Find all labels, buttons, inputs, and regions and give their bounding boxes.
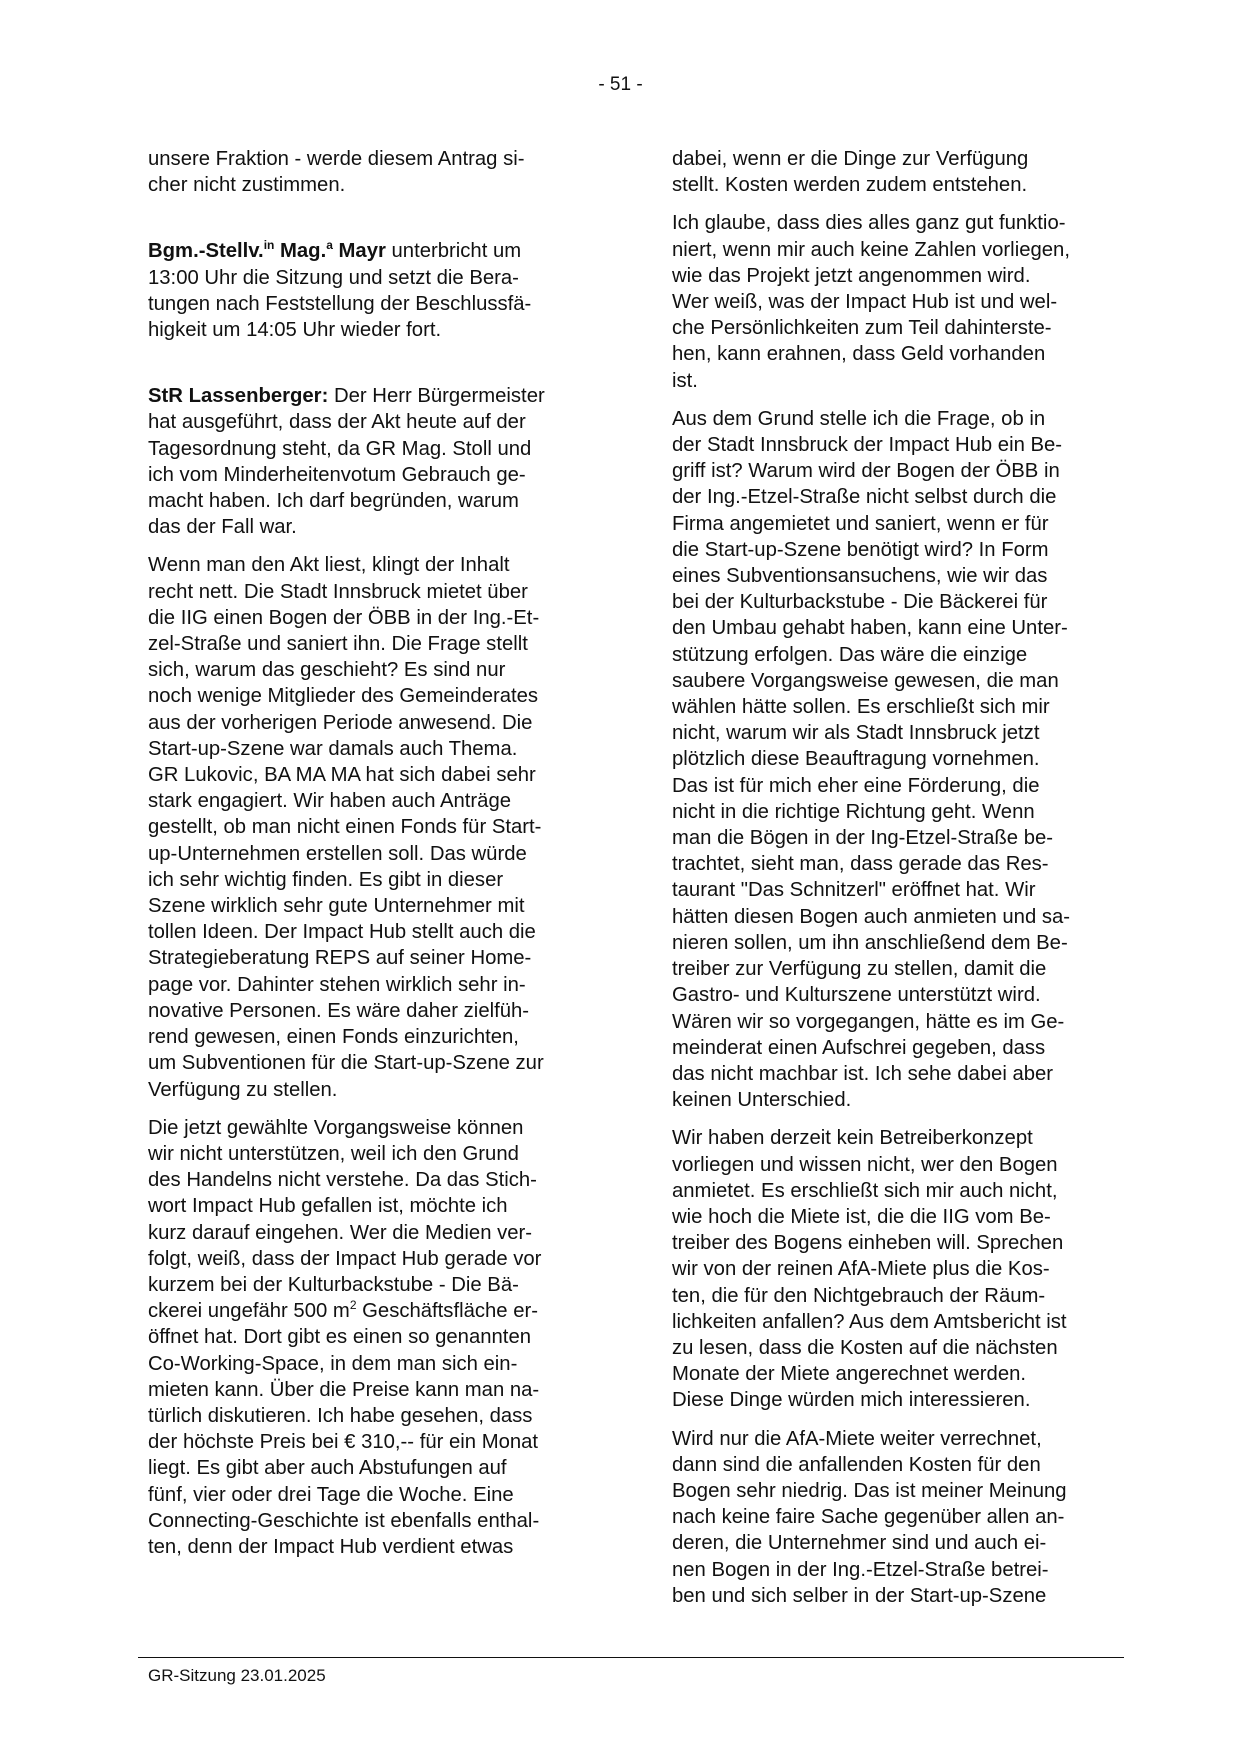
text-line: treiber des Bogens einheben will. Sprech… [672, 1230, 1127, 1256]
text-line: dann sind die anfallenden Kosten für den [672, 1452, 1127, 1478]
text-fragment: unterbricht um [386, 240, 521, 262]
text-line: nicht in die richtige Richtung geht. Wen… [672, 799, 1127, 825]
text-line: taurant "Das Schnitzerl" eröffnet hat. W… [672, 877, 1127, 903]
text-line: Die jetzt gewählte Vorgangsweise können [148, 1115, 603, 1141]
text-line: aus der vorherigen Periode anwesend. Die [148, 710, 603, 736]
text-line: Wir haben derzeit kein Betreiberkonzept [672, 1125, 1127, 1151]
text-line: macht haben. Ich darf begründen, warum [148, 488, 603, 514]
text-line: ben und sich selber in der Start-up-Szen… [672, 1583, 1127, 1609]
text-line: stützung erfolgen. Das wäre die einzige [672, 642, 1127, 668]
text-line: unsere Fraktion - werde diesem Antrag si… [148, 146, 603, 172]
text-line: Ich glaube, dass dies alles ganz gut fun… [672, 210, 1127, 236]
text-line: wir nicht unterstützen, weil ich den Gru… [148, 1141, 603, 1167]
text-line: das der Fall war. [148, 514, 603, 540]
text-line: ten, die für den Nichtgebrauch der Räum- [672, 1283, 1127, 1309]
text-line: Das ist für mich eher eine Förderung, di… [672, 773, 1127, 799]
text-line: dabei, wenn er die Dinge zur Verfügung [672, 146, 1127, 172]
text-fragment: Geschäftsfläche er- [357, 1300, 538, 1322]
text-line: tollen Ideen. Der Impact Hub stellt auch… [148, 919, 603, 945]
text-line: der Ing.-Etzel-Straße nicht selbst durch… [672, 484, 1127, 510]
text-line: die Start-up-Szene benötigt wird? In For… [672, 537, 1127, 563]
text-line: ich sehr wichtig finden. Es gibt in dies… [148, 867, 603, 893]
text-line: gestellt, ob man nicht einen Fonds für S… [148, 814, 603, 840]
paragraph-continuation: dabei, wenn er die Dinge zur Verfügung s… [672, 146, 1127, 198]
text-line: anmietet. Es erschließt sich mir auch ni… [672, 1178, 1127, 1204]
text-line: nen Bogen in der Ing.-Etzel-Straße betre… [672, 1557, 1127, 1583]
text-line: meinderat einen Aufschrei gegeben, dass [672, 1035, 1127, 1061]
text-line: Firma angemietet und saniert, wenn er fü… [672, 511, 1127, 537]
superscript: a [326, 239, 333, 253]
paragraph: Die jetzt gewählte Vorgangsweise können … [148, 1115, 603, 1560]
text-line: 13:00 Uhr die Sitzung und setzt die Bera… [148, 265, 603, 291]
text-line: ten, denn der Impact Hub verdient etwas [148, 1534, 603, 1560]
text-line: Wenn man den Akt liest, klingt der Inhal… [148, 552, 603, 578]
text-line: folgt, weiß, dass der Impact Hub gerade … [148, 1246, 603, 1272]
text-line: trachtet, sieht man, dass gerade das Res… [672, 851, 1127, 877]
paragraph-speech-start: StR Lassenberger: Der Herr Bürgermeister… [148, 383, 603, 540]
text-line: GR Lukovic, BA MA MA hat sich dabei sehr [148, 762, 603, 788]
text-line: Aus dem Grund stelle ich die Frage, ob i… [672, 406, 1127, 432]
superscript: in [264, 239, 275, 253]
page-number: - 51 - [0, 73, 1241, 97]
paragraph-session-interruption: Bgm.-Stellv.in Mag.a Mayr unterbricht um… [148, 238, 603, 343]
text-line: ist. [672, 368, 1127, 394]
right-column: dabei, wenn er die Dinge zur Verfügung s… [672, 146, 1127, 1621]
text-line: vorliegen und wissen nicht, wer den Boge… [672, 1152, 1127, 1178]
text-line: den Umbau gehabt haben, kann eine Unter- [672, 615, 1127, 641]
text-line: hätten diesen Bogen auch anmieten und sa… [672, 904, 1127, 930]
text-line: page vor. Dahinter stehen wirklich sehr … [148, 972, 603, 998]
speaker-title: Bgm.-Stellv. [148, 240, 264, 262]
text-line: novative Personen. Es wäre daher zielfüh… [148, 998, 603, 1024]
text-line: rend gewesen, einen Fonds einzurichten, [148, 1024, 603, 1050]
text-line: zu lesen, dass die Kosten auf die nächst… [672, 1335, 1127, 1361]
text-line: Wären wir so vorgegangen, hätte es im Ge… [672, 1009, 1127, 1035]
text-line: deren, die Unternehmer sind und auch ei- [672, 1530, 1127, 1556]
text-line: das nicht machbar ist. Ich sehe dabei ab… [672, 1061, 1127, 1087]
text-line: Szene wirklich sehr gute Unternehmer mit [148, 893, 603, 919]
text-fragment: ckerei ungefähr 500 m [148, 1300, 350, 1322]
text-line: Tagesordnung steht, da GR Mag. Stoll und [148, 436, 603, 462]
text-line: recht nett. Die Stadt Innsbruck mietet ü… [148, 579, 603, 605]
speaker-surname: Mayr [333, 240, 386, 262]
text-line: keinen Unterschied. [672, 1087, 1127, 1113]
text-line: hat ausgeführt, dass der Akt heute auf d… [148, 409, 603, 435]
text-line: higkeit um 14:05 Uhr wieder fort. [148, 317, 603, 343]
text-line: cher nicht zustimmen. [148, 172, 603, 198]
text-line: nach keine faire Sache gegenüber allen a… [672, 1504, 1127, 1530]
paragraph-continuation: unsere Fraktion - werde diesem Antrag si… [148, 146, 603, 198]
paragraph: Wenn man den Akt liest, klingt der Inhal… [148, 552, 603, 1102]
left-column: unsere Fraktion - werde diesem Antrag si… [148, 146, 603, 1572]
text-line: wählen hätte sollen. Es erschließt sich … [672, 694, 1127, 720]
text-line: nicht, warum wir als Stadt Innsbruck jet… [672, 720, 1127, 746]
paragraph: Aus dem Grund stelle ich die Frage, ob i… [672, 406, 1127, 1113]
text-line: saubere Vorgangsweise gewesen, die man [672, 668, 1127, 694]
text-line: ckerei ungefähr 500 m2 Geschäftsfläche e… [148, 1298, 603, 1324]
speaker-name: StR Lassenberger: [148, 385, 328, 407]
text-line: türlich diskutieren. Ich habe gesehen, d… [148, 1403, 603, 1429]
text-line: eines Subventionsansuchens, wie wir das [672, 563, 1127, 589]
text-line: des Handelns nicht verstehe. Da das Stic… [148, 1167, 603, 1193]
text-line: treiber zur Verfügung zu stellen, damit … [672, 956, 1127, 982]
text-line: niert, wenn mir auch keine Zahlen vorlie… [672, 237, 1127, 263]
paragraph: Ich glaube, dass dies alles ganz gut fun… [672, 210, 1127, 393]
text-line: Wird nur die AfA-Miete weiter verrechnet… [672, 1426, 1127, 1452]
text-line: bei der Kulturbackstube - Die Bäckerei f… [672, 589, 1127, 615]
text-line: Verfügung zu stellen. [148, 1077, 603, 1103]
speaker-name: Bgm.-Stellv.in Mag.a Mayr [148, 240, 386, 262]
text-line: der Stadt Innsbruck der Impact Hub ein B… [672, 432, 1127, 458]
paragraph: Wird nur die AfA-Miete weiter verrechnet… [672, 1426, 1127, 1609]
text-line: Bgm.-Stellv.in Mag.a Mayr unterbricht um [148, 238, 603, 264]
text-line: sich, warum das geschieht? Es sind nur [148, 657, 603, 683]
text-line: plötzlich diese Beauftragung vornehmen. [672, 746, 1127, 772]
text-line: fünf, vier oder drei Tage die Woche. Ein… [148, 1482, 603, 1508]
text-line: nieren sollen, um ihn anschließend dem B… [672, 930, 1127, 956]
text-line: up-Unternehmen erstellen soll. Das würde [148, 841, 603, 867]
text-line: tungen nach Feststellung der Beschlussfä… [148, 291, 603, 317]
footer-session-date: GR-Sitzung 23.01.2025 [148, 1665, 326, 1687]
text-line: Start-up-Szene war damals auch Thema. [148, 736, 603, 762]
text-line: stellt. Kosten werden zudem entstehen. [672, 172, 1127, 198]
text-line: lichkeiten anfallen? Aus dem Amtsbericht… [672, 1309, 1127, 1335]
footer-divider [138, 1657, 1124, 1658]
text-line: Wer weiß, was der Impact Hub ist und wel… [672, 289, 1127, 315]
text-line: wie hoch die Miete ist, die die IIG vom … [672, 1204, 1127, 1230]
text-line: Gastro- und Kulturszene unterstützt wird… [672, 982, 1127, 1008]
text-line: ich vom Minderheitenvotum Gebrauch ge- [148, 462, 603, 488]
text-line: Strategieberatung REPS auf seiner Home- [148, 945, 603, 971]
text-line: wir von der reinen AfA-Miete plus die Ko… [672, 1256, 1127, 1282]
text-line: wort Impact Hub gefallen ist, möchte ich [148, 1193, 603, 1219]
text-line: Bogen sehr niedrig. Das ist meiner Meinu… [672, 1478, 1127, 1504]
text-line: zel-Straße und saniert ihn. Die Frage st… [148, 631, 603, 657]
text-fragment: Der Herr Bürgermeister [328, 385, 544, 407]
text-line: noch wenige Mitglieder des Gemeinderates [148, 683, 603, 709]
text-line: kurzem bei der Kulturbackstube - Die Bä- [148, 1272, 603, 1298]
text-line: Monate der Miete angerechnet werden. [672, 1361, 1127, 1387]
text-line: der höchste Preis bei € 310,-- für ein M… [148, 1429, 603, 1455]
text-line: StR Lassenberger: Der Herr Bürgermeister [148, 383, 603, 409]
text-line: che Persönlichkeiten zum Teil dahinterst… [672, 315, 1127, 341]
text-line: stark engagiert. Wir haben auch Anträge [148, 788, 603, 814]
text-line: kurz darauf eingehen. Wer die Medien ver… [148, 1220, 603, 1246]
text-line: Co-Working-Space, in dem man sich ein- [148, 1351, 603, 1377]
text-line: Connecting-Geschichte ist ebenfalls enth… [148, 1508, 603, 1534]
superscript: 2 [350, 1298, 357, 1312]
text-line: liegt. Es gibt aber auch Abstufungen auf [148, 1455, 603, 1481]
text-line: hen, kann erahnen, dass Geld vorhanden [672, 341, 1127, 367]
text-line: um Subventionen für die Start-up-Szene z… [148, 1050, 603, 1076]
speaker-title: Mag. [274, 240, 326, 262]
text-line: wie das Projekt jetzt angenommen wird. [672, 263, 1127, 289]
text-line: öffnet hat. Dort gibt es einen so genann… [148, 1324, 603, 1350]
text-line: mieten kann. Über die Preise kann man na… [148, 1377, 603, 1403]
text-line: griff ist? Warum wird der Bogen der ÖBB … [672, 458, 1127, 484]
paragraph: Wir haben derzeit kein Betreiberkonzept … [672, 1125, 1127, 1413]
text-line: Diese Dinge würden mich interessieren. [672, 1387, 1127, 1413]
text-line: man die Bögen in der Ing-Etzel-Straße be… [672, 825, 1127, 851]
text-line: die IIG einen Bogen der ÖBB in der Ing.-… [148, 605, 603, 631]
